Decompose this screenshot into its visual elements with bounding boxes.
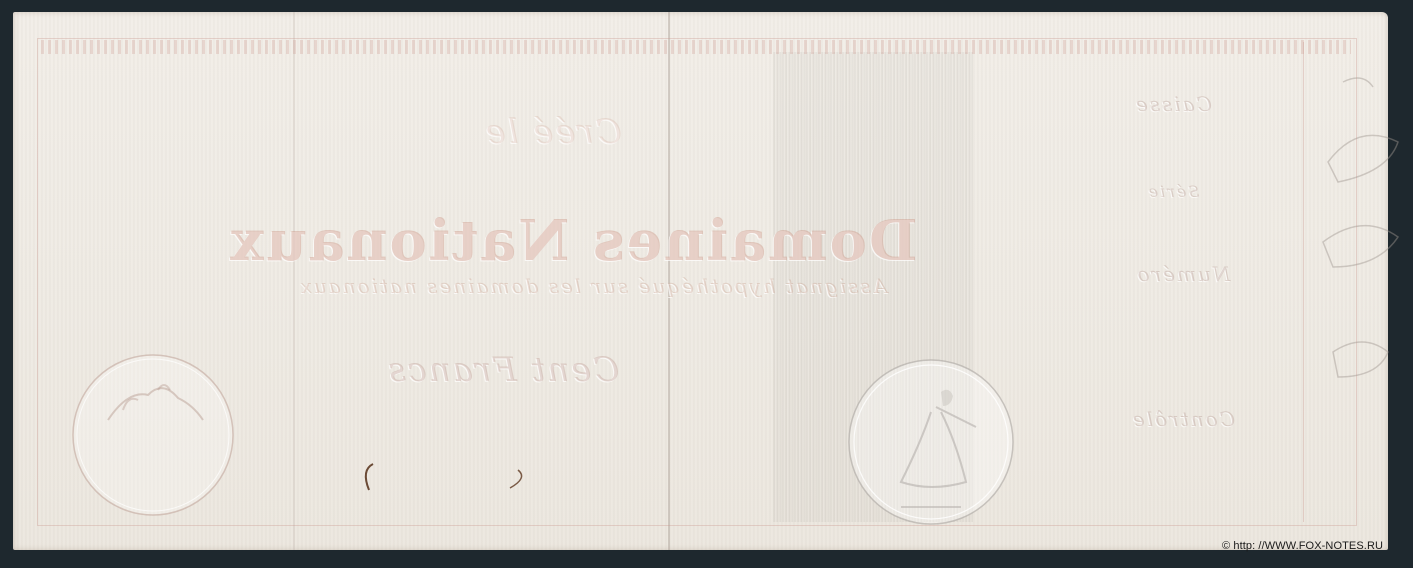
border-pattern bbox=[41, 40, 1351, 54]
counterfoil-line bbox=[1303, 42, 1305, 522]
signature-mark bbox=[353, 452, 553, 502]
ghost-side-caisse: Caisse bbox=[1093, 92, 1253, 116]
ghost-top-script: Créé le bbox=[383, 112, 723, 152]
photo-stage: Créé le Domaines Nationaux Assignat hypo… bbox=[0, 0, 1413, 568]
ghost-side-signature: Contrôle bbox=[1103, 407, 1263, 431]
counterfoil-ornament-icon bbox=[1313, 52, 1413, 472]
banknote-reverse: Créé le Domaines Nationaux Assignat hypo… bbox=[13, 12, 1388, 550]
embossed-seal-left-icon bbox=[68, 350, 238, 520]
ghost-amount: Cent Francs bbox=[313, 350, 693, 390]
ghost-side-series: Série bbox=[1093, 182, 1253, 201]
copyright-watermark: © http: //WWW.FOX-NOTES.RU bbox=[1222, 540, 1383, 552]
ghost-subtitle: Assignat hypothéqué sur les domaines nat… bbox=[113, 274, 1073, 298]
embossed-seal-right-icon bbox=[846, 357, 1016, 527]
ghost-title: Domaines Nationaux bbox=[73, 208, 1073, 274]
ghost-side-number: Numéro bbox=[1103, 262, 1263, 286]
